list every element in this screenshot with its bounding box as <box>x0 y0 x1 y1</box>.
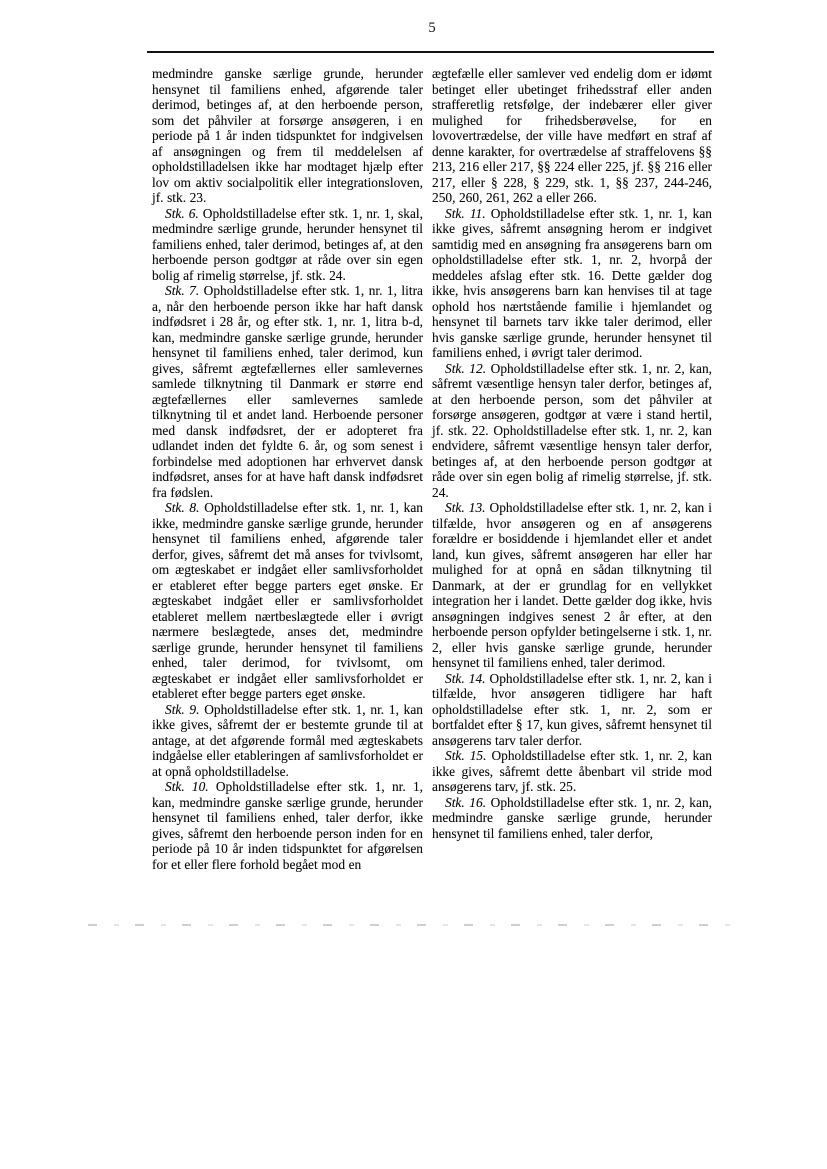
stk-label: Stk. 11. <box>445 206 486 221</box>
paragraph: Stk. 10. Opholdstilladelse efter stk. 1,… <box>152 779 423 872</box>
paragraph: Stk. 7. Opholdstilladelse efter stk. 1, … <box>152 283 423 500</box>
stk-label: Stk. 8. <box>165 500 199 515</box>
paragraph: Stk. 14. Opholdstilladelse efter stk. 1,… <box>432 671 712 749</box>
paragraph: Stk. 12. Opholdstilladelse efter stk. 1,… <box>432 361 712 501</box>
text-columns: medmindre ganske særlige grunde, herunde… <box>152 66 712 872</box>
header-rule <box>147 51 714 53</box>
right-column: ægtefælle eller samlever ved endelig dom… <box>432 66 712 872</box>
paragraph: Stk. 16. Opholdstilladelse efter stk. 1,… <box>432 795 712 842</box>
scanned-document-page: { "page": { "number": "5" }, "colors": {… <box>0 0 827 1169</box>
paragraph: ægtefælle eller samlever ved endelig dom… <box>432 66 712 206</box>
paragraph: Stk. 15. Opholdstilladelse efter stk. 1,… <box>432 748 712 795</box>
paragraph: Stk. 6. Opholdstilladelse efter stk. 1, … <box>152 206 423 284</box>
paragraph: medmindre ganske særlige grunde, herunde… <box>152 66 423 206</box>
stk-label: Stk. 6. <box>165 206 199 221</box>
page-number: 5 <box>152 20 712 37</box>
stk-label: Stk. 13. <box>445 500 486 515</box>
paragraph: Stk. 13. Opholdstilladelse efter stk. 1,… <box>432 500 712 671</box>
stk-label: Stk. 10. <box>165 779 209 794</box>
scan-artifact-dashed-line <box>88 924 746 926</box>
stk-label: Stk. 15. <box>445 748 486 763</box>
paragraph: Stk. 11. Opholdstilladelse efter stk. 1,… <box>432 206 712 361</box>
stk-label: Stk. 9. <box>165 702 199 717</box>
paragraph: Stk. 8. Opholdstilladelse efter stk. 1, … <box>152 500 423 702</box>
paragraph: Stk. 9. Opholdstilladelse efter stk. 1, … <box>152 702 423 780</box>
stk-label: Stk. 12. <box>445 361 486 376</box>
stk-label: Stk. 16. <box>445 795 486 810</box>
stk-label: Stk. 7. <box>165 283 199 298</box>
stk-label: Stk. 14. <box>445 671 486 686</box>
left-column: medmindre ganske særlige grunde, herunde… <box>152 66 423 872</box>
